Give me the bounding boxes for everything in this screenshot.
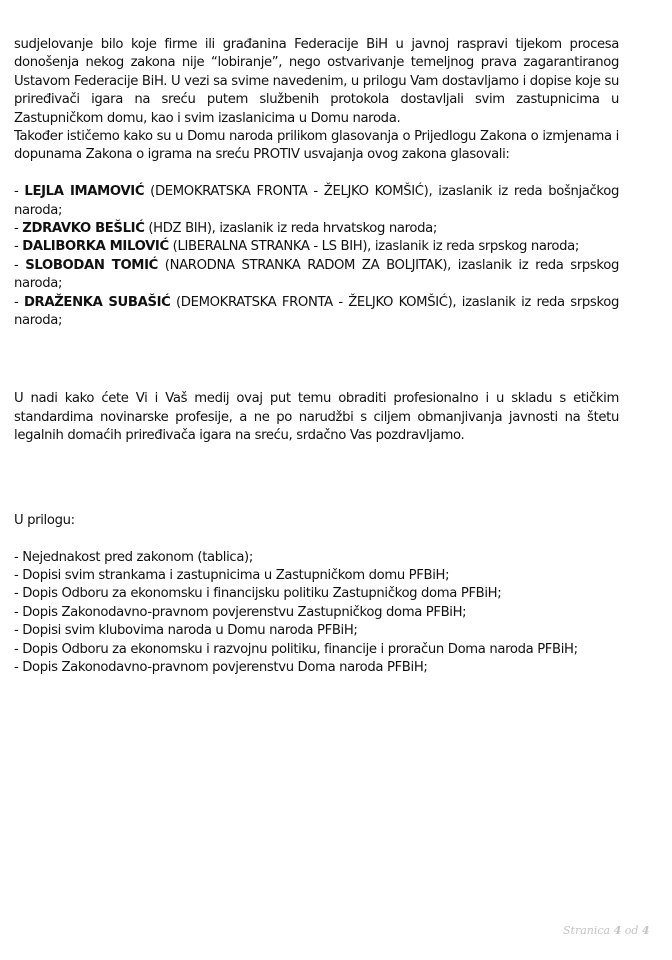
attachment-item: - Nejednakost pred zakonom (tablica); xyxy=(14,549,619,567)
voter-item: - DALIBORKA MILOVIĆ (LIBERALNA STRANKA -… xyxy=(14,238,619,256)
document-page: sudjelovanje bilo koje firme ili građani… xyxy=(14,36,619,677)
voter-item: - DRAŽENKA SUBAŠIĆ (DEMOKRATSKA FRONTA -… xyxy=(14,294,619,331)
voter-name: SLOBODAN TOMIĆ xyxy=(25,258,158,273)
voter-detail: (LIBERALNA STRANKA - LS BIH), izaslanik … xyxy=(169,239,579,254)
paragraph-lobbying: sudjelovanje bilo koje firme ili građani… xyxy=(14,36,619,128)
attachment-item: - Dopis Zakonodavno-pravnom povjerenstvu… xyxy=(14,659,619,677)
attachments-list: - Nejednakost pred zakonom (tablica); - … xyxy=(14,549,619,678)
attachment-item: - Dopis Odboru za ekonomsku i financijsk… xyxy=(14,585,619,603)
spacer xyxy=(14,446,619,512)
voter-name: LEJLA IMAMOVIĆ xyxy=(24,184,144,199)
spacer xyxy=(14,330,619,390)
attachments-heading: U prilogu: xyxy=(14,512,619,530)
voters-list: - LEJLA IMAMOVIĆ (DEMOKRATSKA FRONTA - Ž… xyxy=(14,183,619,330)
voter-item: - SLOBODAN TOMIĆ (NARODNA STRANKA RADOM … xyxy=(14,257,619,294)
current-page: 4 xyxy=(614,924,622,937)
attachment-item: - Dopisi svim klubovima naroda u Domu na… xyxy=(14,622,619,640)
attachment-item: - Dopis Odboru za ekonomsku i razvojnu p… xyxy=(14,641,619,659)
paragraph-vote-intro: Također ističemo kako su u Domu naroda p… xyxy=(14,128,619,165)
voter-detail: (HDZ BIH), izaslanik iz reda hrvatskog n… xyxy=(145,221,437,236)
voter-name: DRAŽENKA SUBAŠIĆ xyxy=(24,295,171,310)
spacer xyxy=(14,530,619,548)
attachment-item: - Dopisi svim strankama i zastupnicima u… xyxy=(14,567,619,585)
attachment-item: - Dopis Zakonodavno-pravnom povjerenstvu… xyxy=(14,604,619,622)
spacer xyxy=(14,165,619,183)
voter-item: - ZDRAVKO BEŠLIĆ (HDZ BIH), izaslanik iz… xyxy=(14,220,619,238)
total-pages: 4 xyxy=(642,924,650,937)
paragraph-closing: U nadi kako ćete Vi i Vaš medij ovaj put… xyxy=(14,390,619,445)
voter-name: DALIBORKA MILOVIĆ xyxy=(22,239,169,254)
voter-item: - LEJLA IMAMOVIĆ (DEMOKRATSKA FRONTA - Ž… xyxy=(14,183,619,220)
voter-name: ZDRAVKO BEŠLIĆ xyxy=(22,221,144,236)
page-number-footer: Stranica 4 od 4 xyxy=(563,924,650,937)
